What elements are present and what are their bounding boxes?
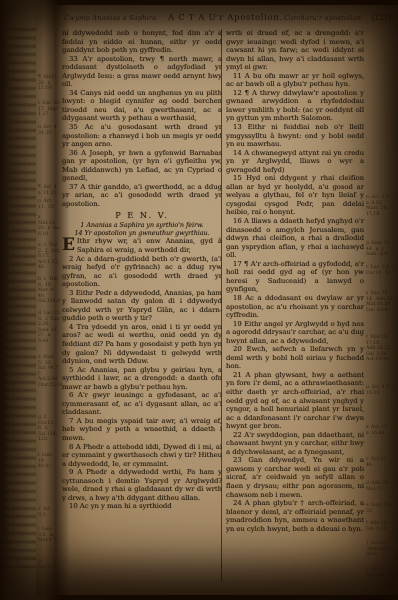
photo-background: Cwymp Ananias a Saphira. A C T A U'r Apo… [0, 0, 398, 600]
screenshot-root: { "colors": { "paper": "#b7a07e", "ink":… [0, 0, 398, 600]
margin-note: u Act 4.1. a 16.23. [366, 385, 396, 396]
margin-note: e Ioan 18. 20. [366, 503, 396, 514]
verse-paragraph: 5 Ac Ananias, pan glybu y geiriau hyn, a… [62, 366, 222, 392]
verse-paragraph: 14 A chwanegwyd attynt rai yn credu yn y… [226, 149, 364, 175]
verse-paragraph: 23 Gan ddywedyd, Yn wir ni a gawsom y ca… [226, 456, 364, 499]
right-column: wrth ei draed ef, ac a drengodd: a'r gwy… [226, 29, 364, 585]
verse-paragraph: 13 Eithr ni feiddiai neb o'r lleill ymgy… [226, 123, 364, 149]
gutter-shadow [44, 0, 70, 600]
chapter-heading: P E N. V. [62, 211, 222, 220]
book-page: Cwymp Ananias a Saphira. A C T A U'r Apo… [36, 5, 398, 595]
right-margin-notes: o Act 3.11. a 4.32. Marc 16. 17,18. p Io… [366, 29, 396, 585]
margin-note: t Mar.16. 17,18. Adn.19.12. Gal 3.28. Ac… [366, 335, 396, 363]
margin-note: f Adn.19. Ioh 5.13. [366, 521, 396, 532]
verse-paragraph: 3 Eithr Pedr a ddywedodd, Ananias, pa ha… [62, 289, 222, 323]
verse-paragraph: 8 A Phedr a attebodd iddi, Dywed di i mi… [62, 443, 222, 469]
verse-paragraph: 18 Ac a ddodasant eu dwylaw ar yr aposto… [226, 294, 364, 320]
verse-paragraph: 15 Hyd oni ddygent y rhai cleifion allan… [226, 174, 364, 217]
margin-note: † Groeg, offeiriad y ffrên. [366, 541, 396, 558]
verse-paragraph: 17 ¶ A'r arch-offeiriad a gyfododd, a'r … [226, 260, 364, 294]
page-header: Cwymp Ananias a Saphira. A C T A U'r Apo… [50, 14, 392, 26]
verse-paragraph: EIthr rhyw wr, a'i enw Ananias, gyd â Sa… [62, 237, 222, 254]
margin-note: x Act 12. 7. a 16.26. [366, 425, 396, 436]
margin-note: d Adn.28. Mat.11. [366, 481, 396, 492]
verse-paragraph: 19 Eithr angel yr Arglwydd o hyd nos a a… [226, 320, 364, 346]
verse-paragraph: 22 A'r swyddogion, pan ddaethant, ni cha… [226, 431, 364, 457]
verse-paragraph: 35 Ac a'u gosodasant wrth draed yr apost… [62, 123, 222, 149]
verse-paragraph: 2 Ac a ddarn-guddiodd beth o'r gwerth, (… [62, 255, 222, 289]
margin-note: r Luc 5.8. 2 Cor.10. 16. [366, 265, 396, 276]
margin-note: o Act 3.11. a 4.32. Marc 16. 17,18. [366, 195, 396, 217]
verse-text: Ithr rhyw wr, a'i enw Ananias, gyd â Sap… [77, 237, 222, 254]
verse-paragraph: 16 A lliaws a ddaeth hefyd ynghyd o'r di… [226, 217, 364, 260]
verse-paragraph: 21 A phan glywsant, hwy a aethant yn for… [226, 371, 364, 431]
verse-paragraph: 12 ¶ A thrwy ddwylaw'r apostolion y gwna… [226, 89, 364, 123]
verse-paragraph: 34 Canys nid oedd un anghenus yn eu plit… [62, 89, 222, 123]
verse-paragraph: 9 A Phedr a ddywedodd wrthi, Pa ham y cy… [62, 468, 222, 502]
left-column: ni ddywedodd neb o honynt, fod dim a'r a… [62, 29, 222, 585]
verse-paragraph: 36 A Joseph, yr hwn a gyfenwid Barnabas … [62, 149, 222, 183]
verse-paragraph: 20 Ewch, sefwch a llefarwch yn y deml wr… [226, 345, 364, 371]
verse-paragraph: 24 A phan glybu'r † arch-offeiriad, a bl… [226, 499, 364, 533]
verse-paragraph: ni ddywedodd neb o honynt, fod dim a'r a… [62, 29, 222, 55]
verse-paragraph: 6 A'r gwyr ieuaingc a gyfodasant, ac a'i… [62, 391, 222, 417]
running-title-left: Cwymp Ananias a Saphira. [64, 14, 159, 22]
margin-note: s Esa 35. 14. Adn.13. Mat.14.36. Luc 6.1… [366, 291, 396, 313]
page-number: [127] [372, 14, 391, 22]
verse-paragraph: wrth ei draed ef, ac a drengodd: a'r gwy… [226, 29, 364, 72]
verse-paragraph: 10 Ac yn y man hi a syrthiodd [62, 502, 222, 511]
verse-paragraph: 37 A thir ganddo, a'i gwerthodd, ac a dd… [62, 183, 222, 209]
margin-note: c Act.13. 46. [366, 457, 396, 468]
column-divider-rule [221, 29, 222, 581]
running-title-right: Carcharu'r apostolion. [284, 14, 364, 22]
verse-paragraph: 7 A bu megis yspaid tair awr, a'i wraig … [62, 417, 222, 443]
main-title: A C T A U'r Apostolion. [168, 13, 283, 23]
verse-paragraph: 33 A'r apostolion, trwy ¶ nerth mawr, a … [62, 55, 222, 89]
margin-note: g Act.4.2. chan.28, 22. [366, 567, 396, 578]
verse-paragraph: 11 A bu ofn mawr ar yr holl eglwys, ac a… [226, 72, 364, 89]
chapter-summary-line: 1 Ananias a Saphira yn syrthio'n feirw. [62, 221, 222, 229]
verse-paragraph: 4 Tra ydoedd yn aros, onid i ti yr oedd … [62, 323, 222, 366]
margin-note: p Ioan 12. 44. q 2 Sam. 6.9. [366, 241, 396, 258]
